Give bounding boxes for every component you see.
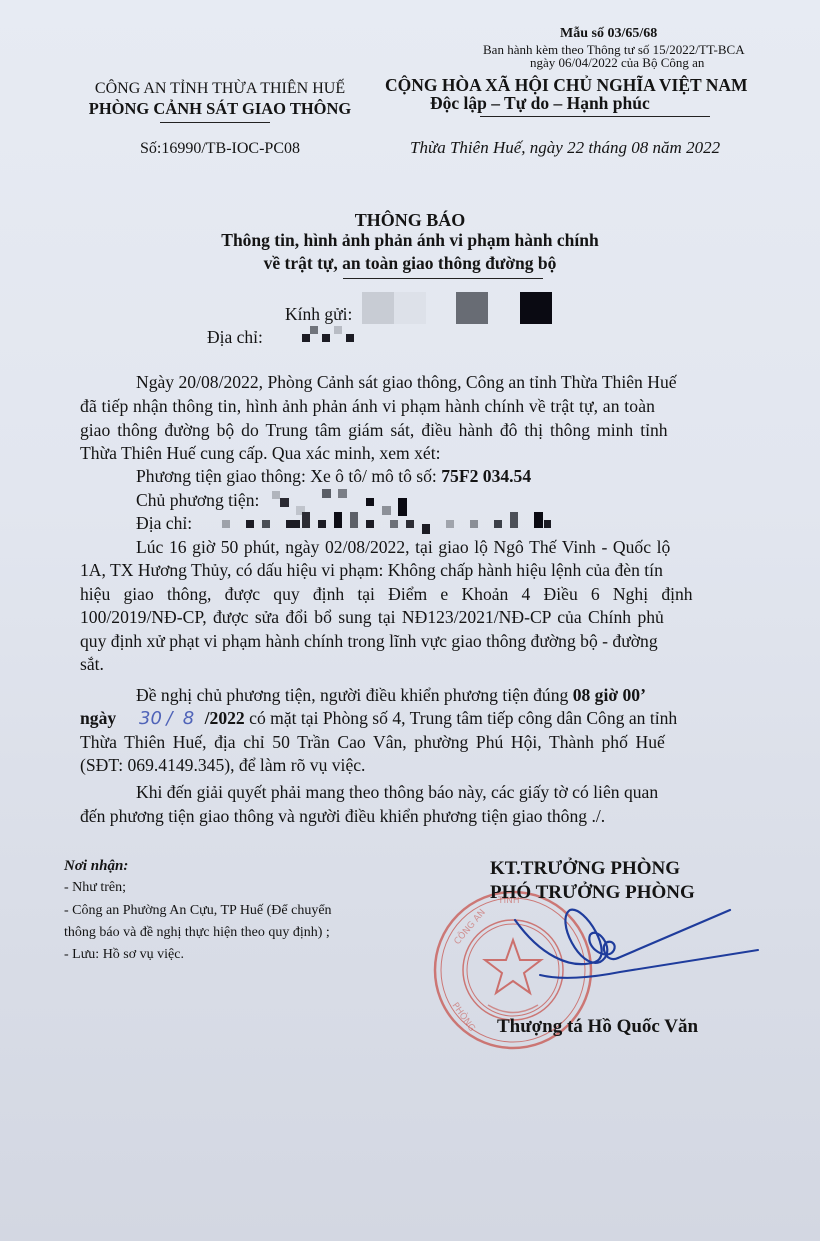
svg-text:PHÒNG: PHÒNG xyxy=(450,1000,479,1034)
receiver-item: - Công an Phường An Cựu, TP Huế (Để chuy… xyxy=(64,903,332,919)
body-line: 100/2019/NĐ-CP, được sửa đổi bổ sung tại… xyxy=(80,607,664,628)
receiver-item: - Như trên; xyxy=(64,880,126,896)
body-line: giao thông đường bộ do Trung tâm giám sá… xyxy=(80,420,668,441)
agency-parent: CÔNG AN TỈNH THỪA THIÊN HUẾ xyxy=(60,80,380,98)
handwritten-month: 8 xyxy=(183,708,194,729)
handwritten-signature-icon xyxy=(500,900,800,1000)
body-line: Thừa Thiên Huế cung cấp. Qua xác minh, x… xyxy=(80,443,440,464)
appointment-time: 08 giờ 00’ xyxy=(573,685,646,705)
owner-label: Chủ phương tiện: xyxy=(136,490,259,511)
body-line: hiệu giao thông, được quy định tại Điểm … xyxy=(80,584,693,605)
agency-divider xyxy=(160,122,270,123)
form-number: Mẫu số 03/65/68 xyxy=(560,26,657,42)
document-title: THÔNG BÁO xyxy=(0,210,820,231)
appointment-year: /2022 xyxy=(205,708,245,728)
request-text: có mặt tại Phòng số 4, Trung tâm tiếp cô… xyxy=(245,708,678,728)
document-subtitle: Thông tin, hình ảnh phản ánh vi phạm hàn… xyxy=(0,230,820,251)
receiver-item: thông báo và đề nghị thực hiện theo quy … xyxy=(64,925,330,941)
signature-title: KT.TRƯỞNG PHÒNG xyxy=(490,858,680,880)
body-line: 1A, TX Hương Thủy, có dấu hiệu vi phạm: … xyxy=(80,560,663,581)
agency-name: PHÒNG CẢNH SÁT GIAO THÔNG xyxy=(60,99,380,119)
body-line: Ngày 20/08/2022, Phòng Cảnh sát giao thô… xyxy=(136,372,677,393)
recipient-address-label: Địa chỉ: xyxy=(207,327,263,348)
request-line: ngày 30 / 8 /2022 có mặt tại Phòng số 4,… xyxy=(80,708,677,729)
document-subtitle: về trật tự, an toàn giao thông đường bộ xyxy=(0,253,820,274)
body-line: sắt. xyxy=(80,654,104,675)
national-motto: Độc lập – Tự do – Hạnh phúc xyxy=(430,93,650,114)
subtitle-divider xyxy=(343,278,543,279)
owner-address-label: Địa chỉ: xyxy=(136,513,192,534)
vehicle-line: Phương tiện giao thông: Xe ô tô/ mô tô s… xyxy=(136,466,531,487)
recipient-label: Kính gửi: xyxy=(285,304,352,325)
handwritten-separator: / xyxy=(166,708,172,729)
document-number: Số:16990/TB-IOC-PC08 xyxy=(60,140,380,158)
handwritten-day: 30 xyxy=(139,708,162,729)
appointment-day-label: ngày xyxy=(80,708,116,728)
signer-name: Thượng tá Hồ Quốc Văn xyxy=(497,1016,698,1038)
place-date: Thừa Thiên Huế, ngày 22 tháng 08 năm 202… xyxy=(410,138,720,158)
document-page: Mẫu số 03/65/68 Ban hành kèm theo Thông … xyxy=(0,0,820,1241)
vehicle-label: Phương tiện giao thông: Xe ô tô/ mô tô s… xyxy=(136,466,441,486)
receivers-title: Nơi nhận: xyxy=(64,858,128,875)
request-line: Đề nghị chủ phương tiện, người điều khiể… xyxy=(136,685,646,706)
body-line: Lúc 16 giờ 50 phút, ngày 02/08/2022, tại… xyxy=(136,537,670,558)
closing-line: đến phương tiện giao thông và người điều… xyxy=(80,806,605,827)
request-line: (SĐT: 069.4149.345), để làm rõ vụ việc. xyxy=(80,755,365,776)
receiver-item: - Lưu: Hồ sơ vụ việc. xyxy=(64,947,184,963)
form-issued-line: ngày 06/04/2022 của Bộ Công an xyxy=(530,55,704,71)
request-line: Thừa Thiên Huế, địa chỉ 50 Trần Cao Vân,… xyxy=(80,732,665,753)
request-text: Đề nghị chủ phương tiện, người điều khiể… xyxy=(136,685,573,705)
closing-line: Khi đến giải quyết phải mang theo thông … xyxy=(136,782,658,803)
motto-divider xyxy=(480,116,710,117)
vehicle-plate: 75F2 034.54 xyxy=(441,466,531,486)
body-line: quy định xử phạt vi phạm hành chính tron… xyxy=(80,631,658,652)
body-line: đã tiếp nhận thông tin, hình ảnh phản án… xyxy=(80,396,655,417)
